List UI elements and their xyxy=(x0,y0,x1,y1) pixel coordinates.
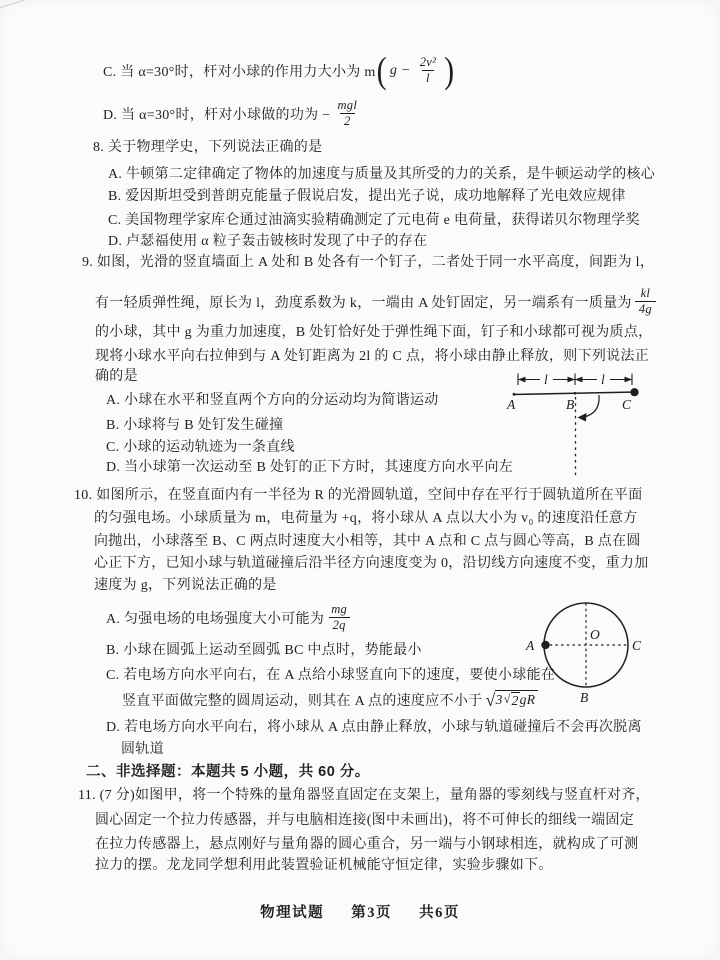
q10-option-a: A. 匀强电场的电场强度大小可能为 mg 2q xyxy=(106,602,354,633)
q8-stem: 8. 关于物理学史，下列说法正确的是 xyxy=(93,137,322,159)
q9-mass-fraction: kl 4g xyxy=(635,286,656,317)
page-footer: 物理试题 第3页 共6页 xyxy=(0,901,720,922)
q11-stem-line-4: 拉力的摆。龙龙同学想利用此装置验证机械能守恒定律，实验步骤如下。 xyxy=(95,855,553,877)
q8-option-d: D. 卢瑟福使用 α 粒子轰击铍核时发现了中子的存在 xyxy=(108,231,427,253)
q9-stem-line-2: 有一轻质弹性绳，原长为 l，劲度系数为 k，一端由 A 处钉固定，另一端系有一质… xyxy=(95,286,659,317)
q9-label-b: B xyxy=(566,397,574,412)
fraction-numerator: kl xyxy=(637,286,655,301)
fraction-denominator: l xyxy=(422,70,434,86)
q7-option-d: D. 当 α=30°时，杆对小球做的功为 − mgl 2 xyxy=(103,98,364,129)
q10-stem-line-1: 10. 如图所示，在竖直面内有一半径为 R 的光滑圆轨道，空间中存在平行于圆轨道… xyxy=(74,485,643,507)
q11-stem-line-2: 圆心固定一个拉力传感器，并与电脑相连接(图中未画出)，将不可伸长的细线一端固定 xyxy=(95,810,634,832)
sqrt-term-1: 3 xyxy=(496,692,503,708)
q10-stem-line-5: 速度为 g，下列说法正确的是 xyxy=(94,575,277,597)
q9-option-b: B. 小球将与 B 处钉发生碰撞 xyxy=(106,415,283,437)
footer-page-total: 共6页 xyxy=(419,905,460,921)
q10-stem-line-3: 向抛出，小球落至 B、C 两点时速度大小相等，其中 A 点和 C 点与圆心等高，… xyxy=(94,531,641,553)
q9-label-a: A xyxy=(506,397,516,412)
footer-title: 物理试题 xyxy=(260,905,324,921)
section-2-header: 二、非选择题：本题共 5 小题，共 60 分。 xyxy=(86,761,370,783)
q10-option-a-text: A. 匀强电场的电场强度大小可能为 xyxy=(106,608,324,628)
q10-label-b: B xyxy=(580,690,588,705)
right-paren: ) xyxy=(444,52,454,90)
fraction-numerator: mg xyxy=(327,602,351,617)
q7-option-c-g-term: g − xyxy=(390,63,411,79)
sqrt-inner-term: 2 xyxy=(511,692,520,709)
q9-option-d: D. 当小球第一次运动至 B 处钉的正下方时，其速度方向水平向左 xyxy=(106,457,513,479)
q10-option-c-line-2-text: 竖直平面做完整的圆周运动，则其在 A 点的速度应不小于 xyxy=(122,690,482,710)
q9-stem-line-4: 现将小球水平向右拉伸到与 A 处钉距离为 2l 的 C 点，将小球由静止释放，则… xyxy=(95,346,649,368)
q10-stem-line-4: 心正下方，已知小球与轨道碰撞后沿半径方向速度变为 0，沿切线方向速度不变，重力加 xyxy=(94,553,649,575)
q9-option-a: A. 小球在水平和竖直两个方向的分运动均为简谐运动 xyxy=(106,390,439,412)
q8-option-b: B. 爱因斯坦受到普朗克能量子假说启发，提出光子说，成功地解释了光电效应规律 xyxy=(108,186,626,208)
scan-corner-mark xyxy=(0,0,31,10)
q10-label-a: A xyxy=(525,638,535,653)
q10-circular-track-diagram: A O C B xyxy=(523,599,658,714)
q9-stem-line-5: 确的是 xyxy=(95,366,138,388)
q11-stem-line-1: 11. (7 分)如图甲，将一个特殊的量角器竖直固定在支架上，量角器的零刻线与竖… xyxy=(78,785,650,807)
q10-field-fraction: mg 2q xyxy=(327,602,351,633)
q10-option-d-line-2: 圆轨道 xyxy=(121,739,164,761)
q10-option-c-line-2: 竖直平面做完整的圆周运动，则其在 A 点的速度应不小于 √ 3 √ 2 gR xyxy=(122,690,538,711)
exam-page: C. 当 α=30°时，杆对小球的作用力大小为 m ( g − 2v² l ) … xyxy=(0,0,720,960)
q10-option-b: B. 小球在圆弧上运动至圆弧 BC 中点时，势能最小 xyxy=(106,640,422,662)
q10-option-c-line-1: C. 若电场方向水平向右，在 A 点给小球竖直向下的速度，要使小球能在 xyxy=(106,665,555,687)
q7-option-c-text: C. 当 α=30°时，杆对小球的作用力大小为 m xyxy=(103,61,376,81)
left-paren: ( xyxy=(377,52,387,90)
fraction-denominator: 2q xyxy=(329,617,350,633)
q9-pegs-diagram: l l A B C xyxy=(503,370,663,482)
q9-dim-label-left: l xyxy=(544,372,548,387)
q9-option-c: C. 小球的运动轨迹为一条直线 xyxy=(106,437,295,459)
fraction-numerator: 2v² xyxy=(416,55,440,70)
q9-stem-line-1: 9. 如图，光滑的竖直墙面上 A 处和 B 处各有一个钉子，二者处于同一水平高度… xyxy=(82,252,654,274)
q8-option-a: A. 牛顿第二定律确定了物体的加速度与质量及其所受的力的关系，是牛顿运动学的核心 xyxy=(108,164,655,186)
q9-stem-line-2-text: 有一轻质弹性绳，原长为 l，劲度系数为 k，一端由 A 处钉固定，另一端系有一质… xyxy=(95,292,632,312)
q8-option-c: C. 美国物理学家库仑通过油滴实验精确测定了元电荷 e 电荷量，获得诺贝尔物理学… xyxy=(108,210,640,232)
fraction-denominator: 2 xyxy=(340,113,355,129)
q9-dim-label-right: l xyxy=(601,372,605,387)
q7-option-c-fraction: 2v² l xyxy=(416,55,440,86)
q10-option-d-line-1: D. 若电场方向水平向右，将小球从 A 点由静止释放，小球与轨道碰撞后不会再次脱… xyxy=(106,717,642,739)
ball-at-a xyxy=(541,641,549,649)
q7-option-d-text: D. 当 α=30°时，杆对小球做的功为 − xyxy=(103,104,330,124)
q7-option-d-fraction: mgl 2 xyxy=(333,98,361,129)
q10-stem-line-2: 的匀强电场。小球质量为 m，电荷量为 +q，将小球从 A 点以大小为 v₀ 的速… xyxy=(94,508,638,530)
q9-label-c: C xyxy=(622,397,632,412)
footer-page: 第3页 xyxy=(351,905,392,921)
q10-label-c: C xyxy=(632,638,642,653)
q10-label-o: O xyxy=(590,627,600,642)
swing-arrowhead xyxy=(578,413,587,422)
inner-radical-sign: √ xyxy=(504,692,511,708)
fraction-numerator: mgl xyxy=(333,98,361,113)
q9-stem-line-3: 的小球，其中 g 为重力加速度，B 处钉恰好处于弹性绳下面，钉子和小球都可视为质… xyxy=(95,322,652,344)
fraction-denominator: 4g xyxy=(635,301,656,317)
ball-at-c xyxy=(630,388,638,396)
q11-stem-line-3: 在拉力传感器上，悬点刚好与量角器的圆心重合，另一端与小钢球相连，就构成了可测 xyxy=(95,834,638,856)
q7-option-c: C. 当 α=30°时，杆对小球的作用力大小为 m ( g − 2v² l ) xyxy=(103,55,455,86)
